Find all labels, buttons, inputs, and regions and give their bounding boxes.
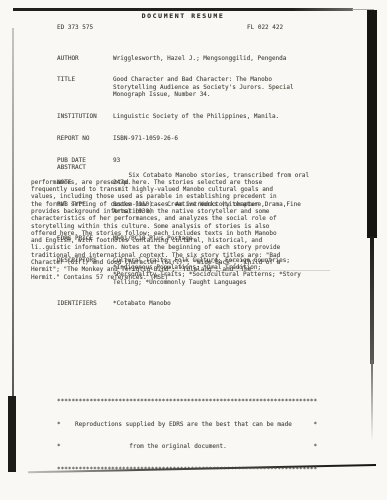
field-value: 93 bbox=[113, 157, 367, 164]
field-label: AUTHOR bbox=[57, 55, 113, 62]
notice-line-2: * from the original document. * bbox=[57, 443, 357, 451]
document-resume-heading: DOCUMENT RESUME bbox=[13, 12, 353, 20]
edrs-reproduction-notice: ****************************************… bbox=[57, 383, 357, 488]
notice-border-top: ****************************************… bbox=[57, 398, 357, 406]
scanned-document-page: DOCUMENT RESUME ED 373 575 FL 022 422 AU… bbox=[0, 0, 387, 500]
field-label: PUB DATE bbox=[57, 157, 113, 164]
field-value: Good Character and Bad Character: The Ma… bbox=[113, 76, 367, 98]
accession-number-row: ED 373 575 FL 022 422 bbox=[0, 24, 387, 32]
top-border-rule bbox=[13, 8, 353, 11]
field-row-author: AUTHOR Wrigglesworth, Hazel J.; Mengsong… bbox=[57, 55, 367, 62]
field-label: INSTITUTION bbox=[57, 113, 113, 120]
field-label: IDENTIFIERS bbox=[57, 300, 113, 307]
field-label: TITLE bbox=[57, 76, 113, 83]
left-page-edge-dark-bar bbox=[8, 396, 16, 472]
field-row-report-no: REPORT NO ISBN-971-1059-26-6 bbox=[57, 135, 367, 142]
field-row-institution: INSTITUTION Linguistic Society of the Ph… bbox=[57, 113, 367, 120]
field-value: *Cotabato Manobo bbox=[113, 300, 367, 307]
ed-accession-number: ED 373 575 bbox=[57, 24, 93, 31]
right-page-edge-dark-bar bbox=[367, 10, 377, 238]
field-value: Wrigglesworth, Hazel J.; Mengsonggilid, … bbox=[113, 55, 367, 62]
left-page-edge-line bbox=[12, 28, 14, 400]
field-label: REPORT NO bbox=[57, 135, 113, 142]
field-value: ISBN-971-1059-26-6 bbox=[113, 135, 367, 142]
abstract-body: Six Cotabato Manobo stories, transcribed… bbox=[31, 172, 361, 281]
abstract-heading: ABSTRACT bbox=[57, 164, 86, 171]
field-row-title: TITLE Good Character and Bad Character: … bbox=[57, 76, 367, 98]
notice-line-1: * Reproductions supplied by EDRS are the… bbox=[57, 421, 357, 429]
right-page-edge-taper bbox=[370, 236, 374, 364]
notice-border-bottom: ****************************************… bbox=[57, 466, 357, 474]
field-row-pub-date: PUB DATE 93 bbox=[57, 157, 367, 164]
field-row-identifiers: IDENTIFIERS *Cotabato Manobo bbox=[57, 300, 367, 307]
field-value: Linguistic Society of the Philippines, M… bbox=[113, 113, 367, 120]
right-page-edge-fade bbox=[371, 360, 373, 442]
fl-clearinghouse-number: FL 022 422 bbox=[247, 24, 283, 31]
